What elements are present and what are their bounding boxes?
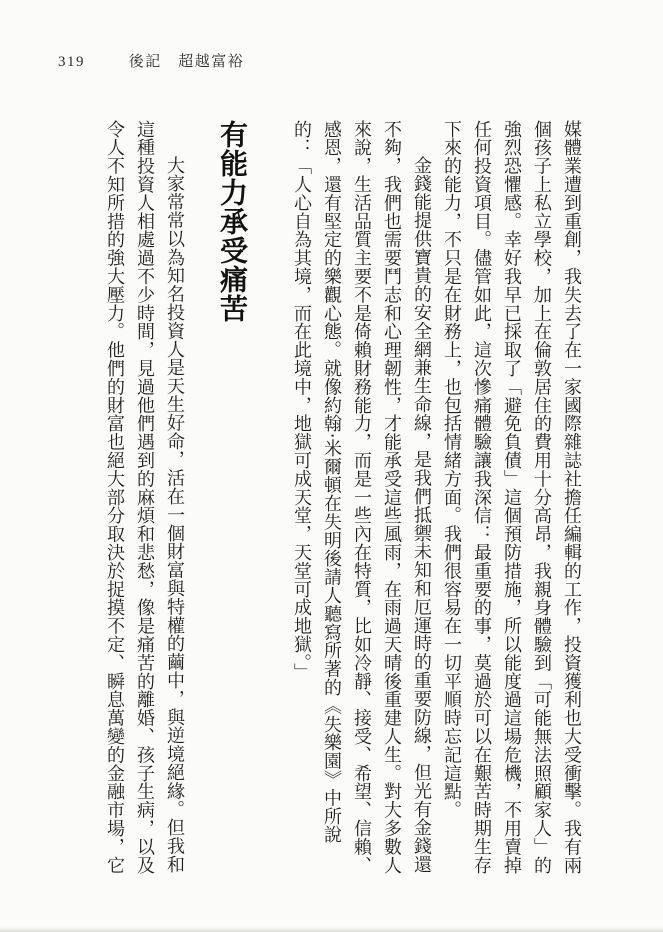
page-number: 319: [58, 54, 85, 71]
page-edge-shadow: [0, 927, 663, 932]
book-page: 319 後記 超越富裕 媒體業遭到重創，我失去了在一家國際雜誌社擔任編輯的工作，…: [0, 0, 663, 932]
paragraph-media-industry: 媒體業遭到重創，我失去了在一家國際雜誌社擔任編輯的工作，投資獲利也大受衝擊。我有…: [437, 120, 587, 878]
body-text: 媒體業遭到重創，我失去了在一家國際雜誌社擔任編輯的工作，投資獲利也大受衝擊。我有…: [100, 120, 587, 878]
section-heading: 有能力承受痛苦: [214, 120, 261, 878]
running-head: 後記 超越富裕: [129, 50, 245, 71]
paragraph-famous-investors: 大家常常以為知名投資人是天生好命，活在一個財富與特權的繭中，與逆境絕緣。但我和這…: [100, 120, 190, 878]
paragraph-money-safety-net: 金錢能提供寶貴的安全網兼生命線，是我們抵禦未知和厄運時的重要防線，但光有金錢還不…: [287, 120, 437, 878]
page-header: 319 後記 超越富裕: [58, 50, 244, 71]
